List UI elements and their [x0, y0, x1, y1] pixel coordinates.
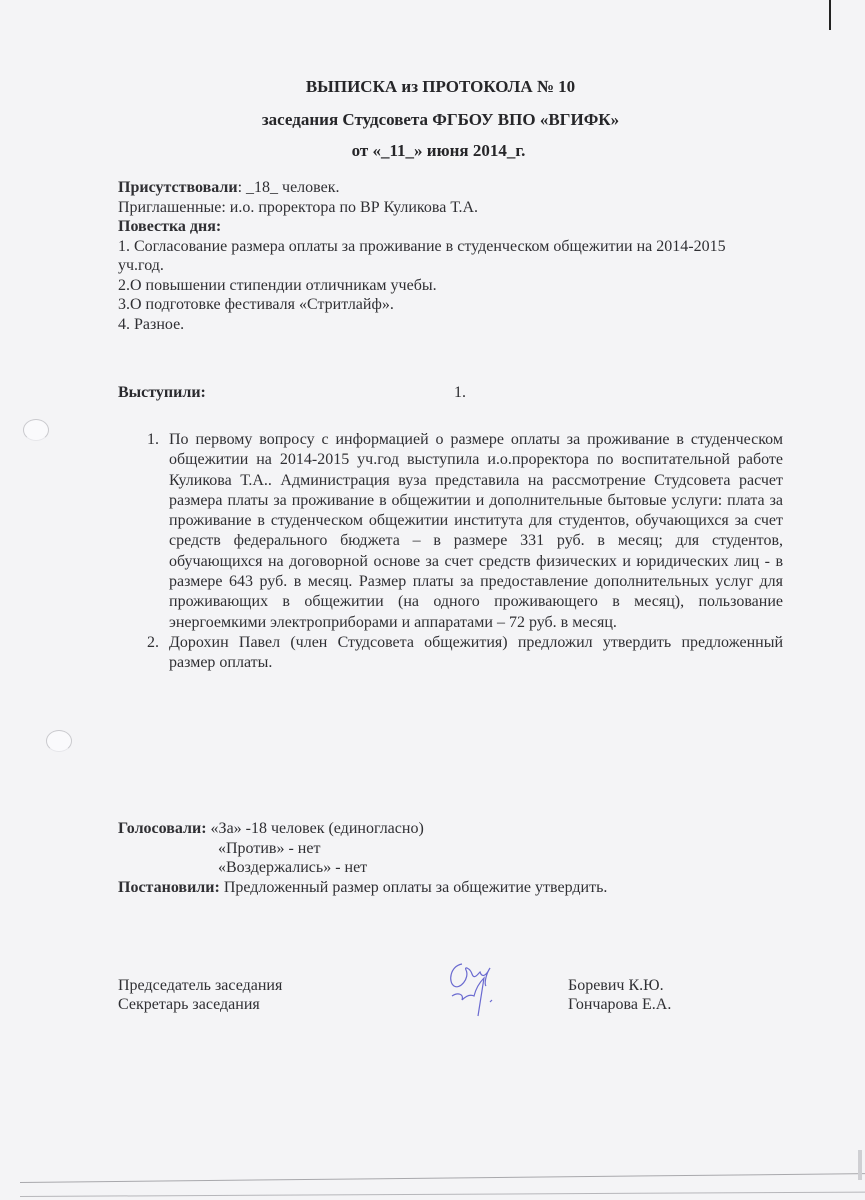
vote-abstained: «Воздержались» - нет	[118, 858, 783, 878]
scan-bottom-edge-shadow	[20, 1192, 865, 1197]
vote-against: «Против» - нет	[118, 839, 783, 859]
agenda-label: Повестка дня:	[118, 217, 783, 237]
speakers-number: 1.	[454, 384, 466, 402]
decision-text: Предложенный размер оплаты за общежитие …	[224, 879, 608, 896]
agenda-item: 4. Разное.	[118, 315, 783, 335]
speech-text: Дорохин Павел (член Студсовета общежития…	[169, 634, 783, 671]
voting-label: Голосовали:	[118, 820, 207, 837]
punch-hole	[23, 419, 49, 441]
speakers-label: Выступили:	[118, 384, 206, 401]
agenda-item: 3.О подготовке фестиваля «Стритлайф».	[118, 295, 783, 315]
vote-for: «За» -18 человек (единогласно)	[211, 820, 424, 837]
list-marker: 2.	[147, 633, 159, 653]
punch-hole	[46, 730, 72, 752]
document-date: от «_11_» июня 2014_г.	[6, 141, 865, 161]
handwritten-signature-icon	[440, 960, 500, 1020]
document-title: ВЫПИСКА из ПРОТОКОЛА № 10	[8, 77, 865, 97]
scan-corner-shadow	[858, 1150, 862, 1180]
scan-edge-line	[829, 0, 831, 30]
vote-for-line: Голосовали: «За» -18 человек (единогласн…	[118, 819, 783, 839]
document-subtitle: заседания Студсовета ФГБОУ ВПО «ВГИФК»	[8, 110, 865, 130]
speech-list: 1. По первому вопросу с информацией о ра…	[118, 430, 783, 674]
signature-name: Боревич К.Ю.	[568, 977, 664, 995]
decision-label: Постановили:	[118, 879, 220, 896]
decision-line: Постановили: Предложенный размер оплаты …	[118, 878, 783, 898]
voting-block: Голосовали: «За» -18 человек (единогласн…	[118, 819, 783, 897]
list-item: 1. По первому вопросу с информацией о ра…	[118, 430, 783, 633]
invited-line: Приглашенные: и.о. проректора по ВР Кули…	[118, 198, 783, 218]
signature-role: Секретарь заседания	[118, 996, 260, 1014]
present-value: : _18_ человек.	[238, 179, 340, 196]
signature-name: Гончарова Е.А.	[568, 996, 671, 1014]
speakers-heading: Выступили: 1.	[118, 384, 783, 402]
attendance-and-agenda: Присутствовали: _18_ человек. Приглашенн…	[118, 178, 783, 334]
signature-role: Председатель заседания	[118, 977, 282, 995]
agenda-item: 1. Согласование размера оплаты за прожив…	[118, 237, 768, 276]
agenda-item: 2.О повышении стипендии отличникам учебы…	[118, 276, 783, 296]
speech-text: По первому вопросу с информацией о разме…	[169, 431, 783, 631]
scanned-page: ВЫПИСКА из ПРОТОКОЛА № 10 заседания Студ…	[0, 0, 865, 1200]
present-line: Присутствовали: _18_ человек.	[118, 178, 783, 198]
scan-bottom-edge	[20, 1173, 865, 1183]
present-label: Присутствовали	[118, 179, 238, 196]
list-marker: 1.	[147, 430, 159, 450]
list-item: 2. Дорохин Павел (член Студсовета общежи…	[118, 633, 783, 674]
